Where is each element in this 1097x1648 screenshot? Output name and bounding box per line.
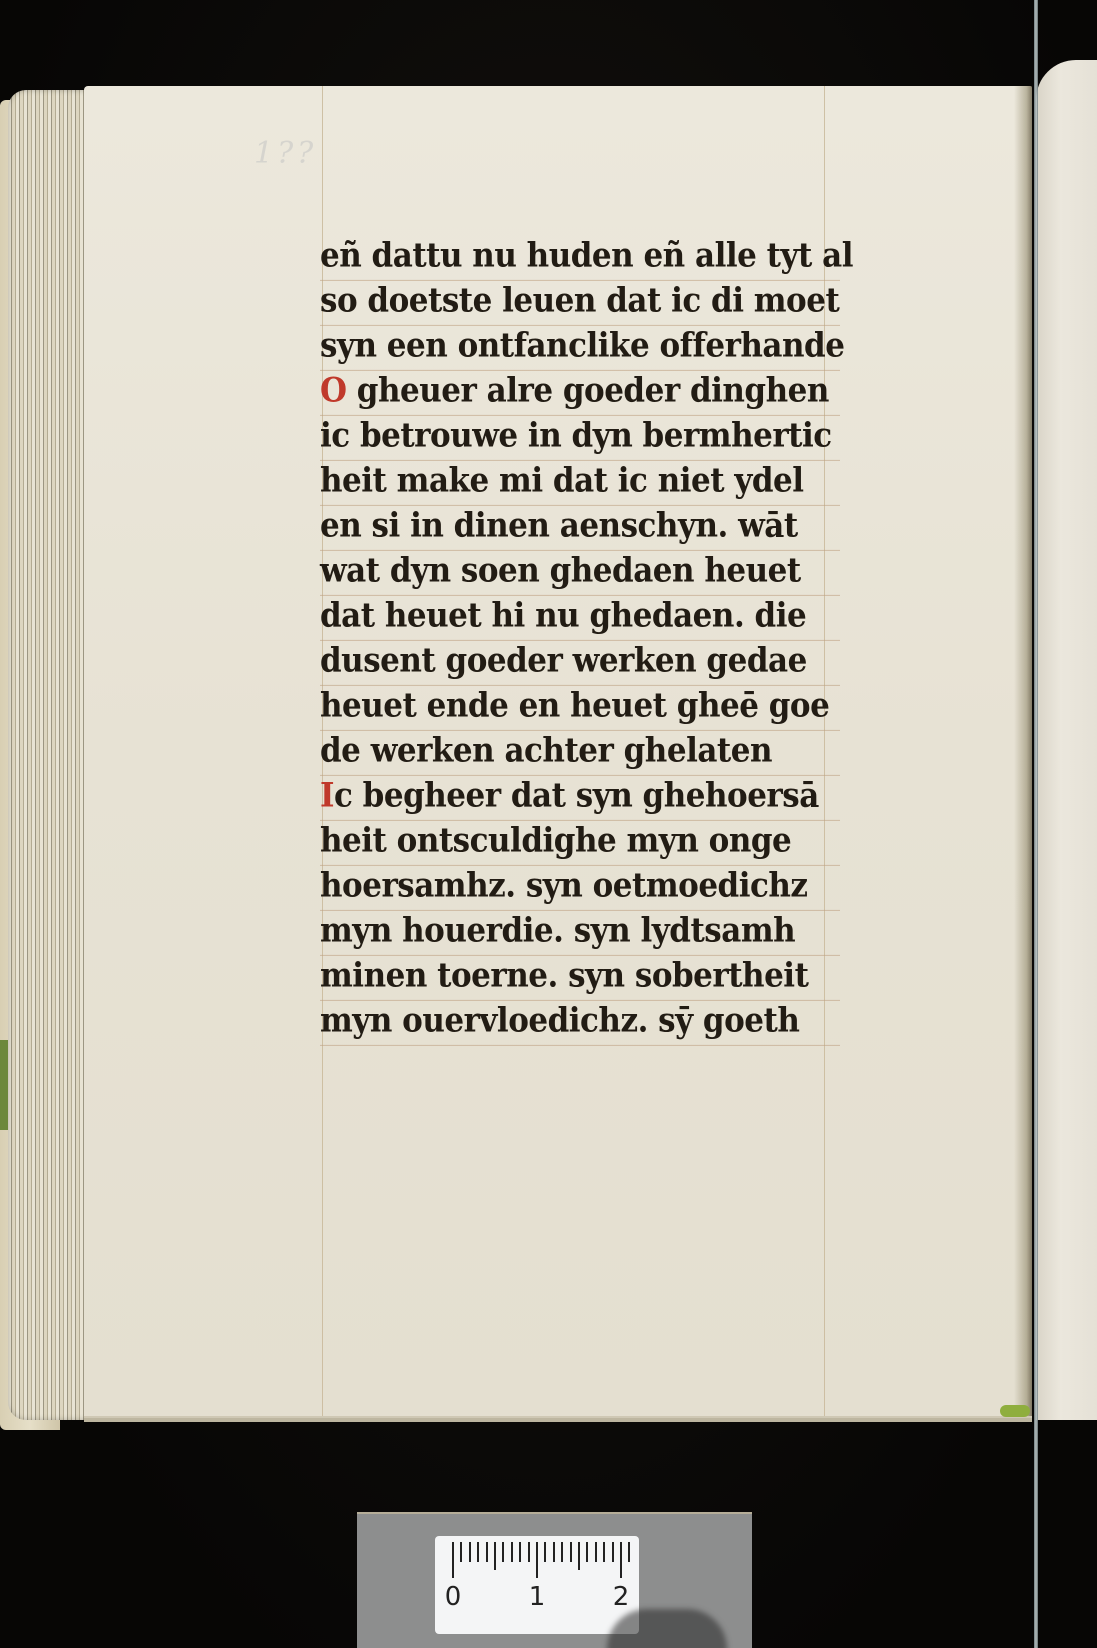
ruler-tick (603, 1542, 605, 1562)
text-line: wat dyn soen ghedaen heuet (320, 547, 840, 597)
ruler-tick (570, 1542, 572, 1562)
ruler-tick (477, 1542, 479, 1562)
hand-shadow (607, 1609, 727, 1648)
rubric-initial: I (320, 776, 334, 816)
glass-plate-edge (1034, 0, 1038, 1648)
ruler-label-1: 1 (529, 1582, 546, 1612)
text-line-rubricated: O gheuer alre goeder dinghen (320, 367, 840, 417)
text-line: heit ontsculdighe myn onge (320, 817, 840, 867)
ruler-tick (519, 1542, 521, 1562)
ruler-tick (469, 1542, 471, 1562)
text-line: dusent goeder werken gedae (320, 637, 840, 687)
text-line: myn houerdie. syn lydtsamh (320, 907, 840, 957)
scale-ruler: 0 1 2 (435, 1536, 639, 1634)
text-line: syn een ontfanclike offerhande (320, 322, 840, 372)
text-line: minen toerne. syn sobertheit (320, 952, 840, 1002)
manuscript-leaf: 1?? eñ dattu nu huden eñ alle tyt al so … (84, 86, 1032, 1416)
ruler-label-2: 2 (613, 1582, 630, 1612)
text-line: en si in dinen aenschyn. wāt (320, 502, 840, 552)
ruler-tick (612, 1542, 614, 1562)
ruler-tick (620, 1542, 622, 1578)
text-line: heit make mi dat ic niet ydel (320, 457, 840, 507)
ruler-tick (586, 1542, 588, 1562)
ruler-tick (502, 1542, 504, 1562)
ruler-tick (595, 1542, 597, 1562)
ruler-tick (452, 1542, 454, 1578)
ruler-tick (460, 1542, 462, 1562)
facing-page-edge (1036, 60, 1097, 1420)
text-line-rubricated: Ic begheer dat syn ghehoersā (320, 772, 840, 822)
ruler-tick (528, 1542, 530, 1562)
ruler-label-0: 0 (445, 1582, 462, 1612)
ruler-tick (544, 1542, 546, 1562)
ruler-tick (553, 1542, 555, 1562)
text-line: myn ouervloedichz. sȳ goeth (320, 997, 840, 1047)
text-line: de werken achter ghelaten (320, 727, 840, 777)
text-line: ic betrouwe in dyn bermhertic (320, 412, 840, 462)
ruler-tick (536, 1542, 538, 1578)
ruler-tick (561, 1542, 563, 1562)
text-line: eñ dattu nu huden eñ alle tyt al (320, 232, 840, 282)
ruler-tick (511, 1542, 513, 1562)
text-line: dat heuet hi nu ghedaen. die (320, 592, 840, 642)
ruler-tick (486, 1542, 488, 1562)
scale-card: 0 1 2 (357, 1512, 752, 1648)
folio-number: 1?? (254, 136, 317, 171)
rubric-initial: O (320, 371, 347, 411)
ruler-tick (578, 1542, 580, 1570)
text-block: eñ dattu nu huden eñ alle tyt al so doet… (320, 236, 840, 1046)
ruler-tick (628, 1542, 630, 1562)
text-line: so doetste leuen dat ic di moet (320, 277, 840, 327)
green-stain (1000, 1405, 1030, 1417)
text-line: heuet ende en heuet gheē goe (320, 682, 840, 732)
ruler-tick (494, 1542, 496, 1570)
text-line: hoersamhz. syn oetmoedichz (320, 862, 840, 912)
